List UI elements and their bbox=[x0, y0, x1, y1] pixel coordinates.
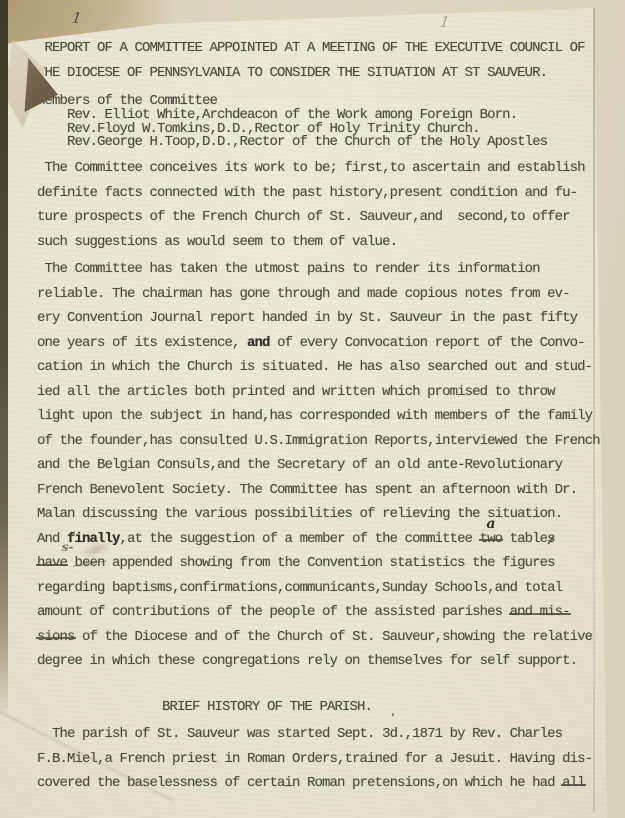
text-line: of the founder,has consulted U.S.Immigra… bbox=[37, 429, 597, 454]
text-segment: ery Convention Journal report handed in … bbox=[37, 310, 577, 326]
text-segment: of the Diocese and of the Church of St. … bbox=[75, 629, 593, 645]
text-segment: Malan discussing the various possibiliti… bbox=[37, 506, 562, 522]
handwritten-annotation: a bbox=[486, 516, 495, 532]
paragraph: The Committee has taken the utmost pains… bbox=[37, 257, 597, 674]
text-segment: and the Belgian Consuls,and the Secretar… bbox=[37, 457, 562, 473]
text-segment: cation in which the Church is situated. … bbox=[37, 359, 592, 375]
text-segment: F.B.Miel,a French priest in Roman Orders… bbox=[37, 751, 592, 767]
text-line: and the Belgian Consuls,and the Secretar… bbox=[37, 453, 597, 478]
scanned-document-page: REPORT OF A COMMITTEE APPOINTED AT A MEE… bbox=[0, 0, 625, 818]
text-segment: appended showing from the Convention sta… bbox=[105, 555, 555, 571]
text-line: The Committee conceives its work to be; … bbox=[37, 156, 597, 181]
text-segment: definite facts connected with the past h… bbox=[37, 185, 577, 201]
text-segment: finally bbox=[67, 531, 120, 547]
text-segment: table bbox=[502, 531, 547, 547]
text-segment: ied all the articles both printed and wr… bbox=[37, 384, 555, 400]
sheet-right-edge bbox=[593, 8, 595, 813]
text-segment: ,at the suggestion of a member of the co… bbox=[120, 531, 480, 547]
text-segment: Rev.George H.Toop,D.D.,Rector of the Chu… bbox=[37, 134, 547, 150]
text-line: regarding baptisms,confirmations,communi… bbox=[37, 576, 597, 601]
text-segment: degree in which these congregations rely… bbox=[37, 653, 577, 669]
text-segment: The Committee conceives its work to be; … bbox=[37, 160, 585, 176]
text-segment: ,1871 by Rev. Charles bbox=[405, 726, 563, 742]
text-line: one years of its existence, and of every… bbox=[37, 331, 597, 356]
text-segment: THE DIOCESE OF PENNSYLVANIA TO CONSIDER … bbox=[37, 65, 547, 81]
text-line: The Committee has taken the utmost pains… bbox=[37, 257, 597, 282]
text-segment: of every Convocation report of the Convo… bbox=[270, 335, 585, 351]
text-line: cation in which the Church is situated. … bbox=[37, 355, 597, 380]
report-title: REPORT OF A COMMITTEE APPOINTED AT A MEE… bbox=[37, 36, 597, 86]
section-heading: BRIEF HISTORY OF THE PARISH. bbox=[162, 695, 597, 720]
text-line: degree in which these congregations rely… bbox=[37, 649, 597, 674]
text-line: ery Convention Journal report handed in … bbox=[37, 306, 597, 331]
struck-text: sions bbox=[37, 629, 75, 645]
text-segment: French Benevolent Society. The Committee… bbox=[37, 482, 577, 498]
document-sheet: REPORT OF A COMMITTEE APPOINTED AT A MEE… bbox=[0, 0, 625, 818]
struck-text: twoa bbox=[480, 531, 503, 547]
scan-edge-left bbox=[0, 0, 8, 720]
text-line: reliable. The chairman has gone through … bbox=[37, 282, 597, 307]
struck-text: been bbox=[75, 555, 105, 571]
text-segment: The Committee has taken the utmost pains… bbox=[37, 261, 540, 277]
struck-text: s bbox=[547, 531, 555, 547]
document-body: REPORT OF A COMMITTEE APPOINTED AT A MEE… bbox=[37, 36, 597, 796]
text-segment: of the founder,has consulted U.S.Immigra… bbox=[37, 433, 600, 449]
member-item: Rev.George H.Toop,D.D.,Rector of the Chu… bbox=[37, 136, 597, 150]
text-segment: BRIEF HISTORY OF THE PARISH. bbox=[162, 699, 372, 715]
title-line: THE DIOCESE OF PENNSYLVANIA TO CONSIDER … bbox=[37, 61, 597, 86]
text-segment: regarding baptisms,confirmations,communi… bbox=[37, 580, 562, 596]
text-segment: covered the baselessness of certain Roma… bbox=[37, 775, 562, 791]
text-line: definite facts connected with the past h… bbox=[37, 181, 597, 206]
text-line: The parish of St. Sauveur was started Se… bbox=[37, 722, 597, 747]
text-segment: reliable. The chairman has gone through … bbox=[37, 286, 570, 302]
paragraph: The parish of St. Sauveur was started Se… bbox=[37, 722, 597, 796]
text-line: French Benevolent Society. The Committee… bbox=[37, 478, 597, 503]
text-line: covered the baselessness of certain Roma… bbox=[37, 771, 597, 796]
text-segment: such suggestions as would seem to them o… bbox=[37, 234, 397, 250]
text-line: sions of the Diocese and of the Church o… bbox=[37, 625, 597, 650]
text-segment: The parish of St. Sauveur was started Se… bbox=[37, 726, 382, 742]
text-line: amount of contributions of the people of… bbox=[37, 600, 597, 625]
text-segment: ture prospects of the French Church of S… bbox=[37, 209, 570, 225]
struck-text: haves- bbox=[37, 555, 67, 571]
text-line: light upon the subject in hand,has corre… bbox=[37, 404, 597, 429]
text-segment: and bbox=[247, 335, 270, 351]
text-line: haves- been appended showing from the Co… bbox=[37, 551, 597, 576]
text-segment: one years of its existence, bbox=[37, 335, 247, 351]
struck-text: all bbox=[562, 775, 585, 791]
text-segment: amount of contributions of the people of… bbox=[37, 604, 510, 620]
text-segment bbox=[67, 555, 75, 571]
paragraph: The Committee conceives its work to be; … bbox=[37, 156, 597, 254]
text-segment: light upon the subject in hand,has corre… bbox=[37, 408, 592, 424]
handwritten-annotation: s- bbox=[62, 540, 74, 554]
text-line: Malan discussing the various possibiliti… bbox=[37, 502, 597, 527]
struck-text: and mis- bbox=[510, 604, 570, 620]
section-heading-text: BRIEF HISTORY OF THE PARISH. bbox=[162, 695, 597, 720]
committee-members: Members of the Committee Rev. Elliot Whi… bbox=[37, 95, 597, 150]
text-line: ied all the articles both printed and wr… bbox=[37, 380, 597, 405]
handwritten-annotation: ' bbox=[391, 711, 395, 725]
text-line: F.B.Miel,a French priest in Roman Orders… bbox=[37, 747, 597, 772]
text-segment: 3d.' bbox=[382, 726, 405, 742]
text-line: such suggestions as would seem to them o… bbox=[37, 230, 597, 255]
text-line: ture prospects of the French Church of S… bbox=[37, 205, 597, 230]
title-line: REPORT OF A COMMITTEE APPOINTED AT A MEE… bbox=[37, 36, 597, 61]
text-line: And finally,at the suggestion of a membe… bbox=[37, 527, 597, 552]
text-segment: REPORT OF A COMMITTEE APPOINTED AT A MEE… bbox=[37, 40, 585, 56]
